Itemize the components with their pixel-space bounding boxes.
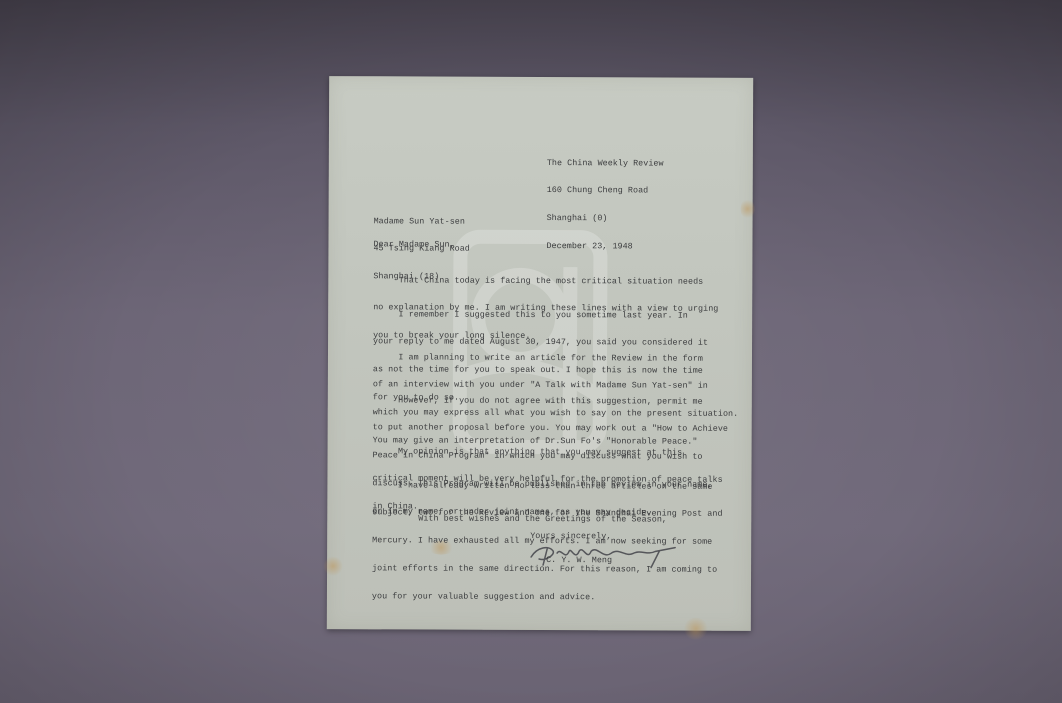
text-line: However, if you do not agree with this s… bbox=[373, 396, 728, 407]
closing-wishes: With best wishes and the Greetings of th… bbox=[418, 514, 667, 524]
paper-stain bbox=[741, 198, 755, 220]
text-line: I am planning to write an article for th… bbox=[373, 353, 739, 364]
text-line: I have already written no less than thre… bbox=[372, 481, 722, 492]
paper-stain bbox=[323, 556, 343, 576]
text-line: I remember I suggested this to you somet… bbox=[373, 310, 708, 321]
sender-line: The China Weekly Review bbox=[547, 159, 664, 169]
text-line: My opinion is that anything that you may… bbox=[373, 447, 723, 458]
sender-line: 160 Chung Cheng Road bbox=[547, 187, 664, 197]
salutation: Dear Madame Sun, bbox=[373, 240, 454, 250]
sender-line: Shanghai (0) bbox=[547, 214, 664, 224]
letter-date: December 23, 1948 bbox=[546, 242, 663, 252]
text-line: That China today is facing the most crit… bbox=[373, 276, 718, 287]
recipient-line: Madame Sun Yat-sen bbox=[374, 217, 470, 227]
sender-address: The China Weekly Review 160 Chung Cheng … bbox=[546, 140, 663, 271]
text-line: you for your valuable suggestion and adv… bbox=[372, 592, 722, 603]
signature-name: C. Y. W. Meng bbox=[546, 556, 612, 566]
letter-page: The China Weekly Review 160 Chung Cheng … bbox=[327, 76, 753, 631]
